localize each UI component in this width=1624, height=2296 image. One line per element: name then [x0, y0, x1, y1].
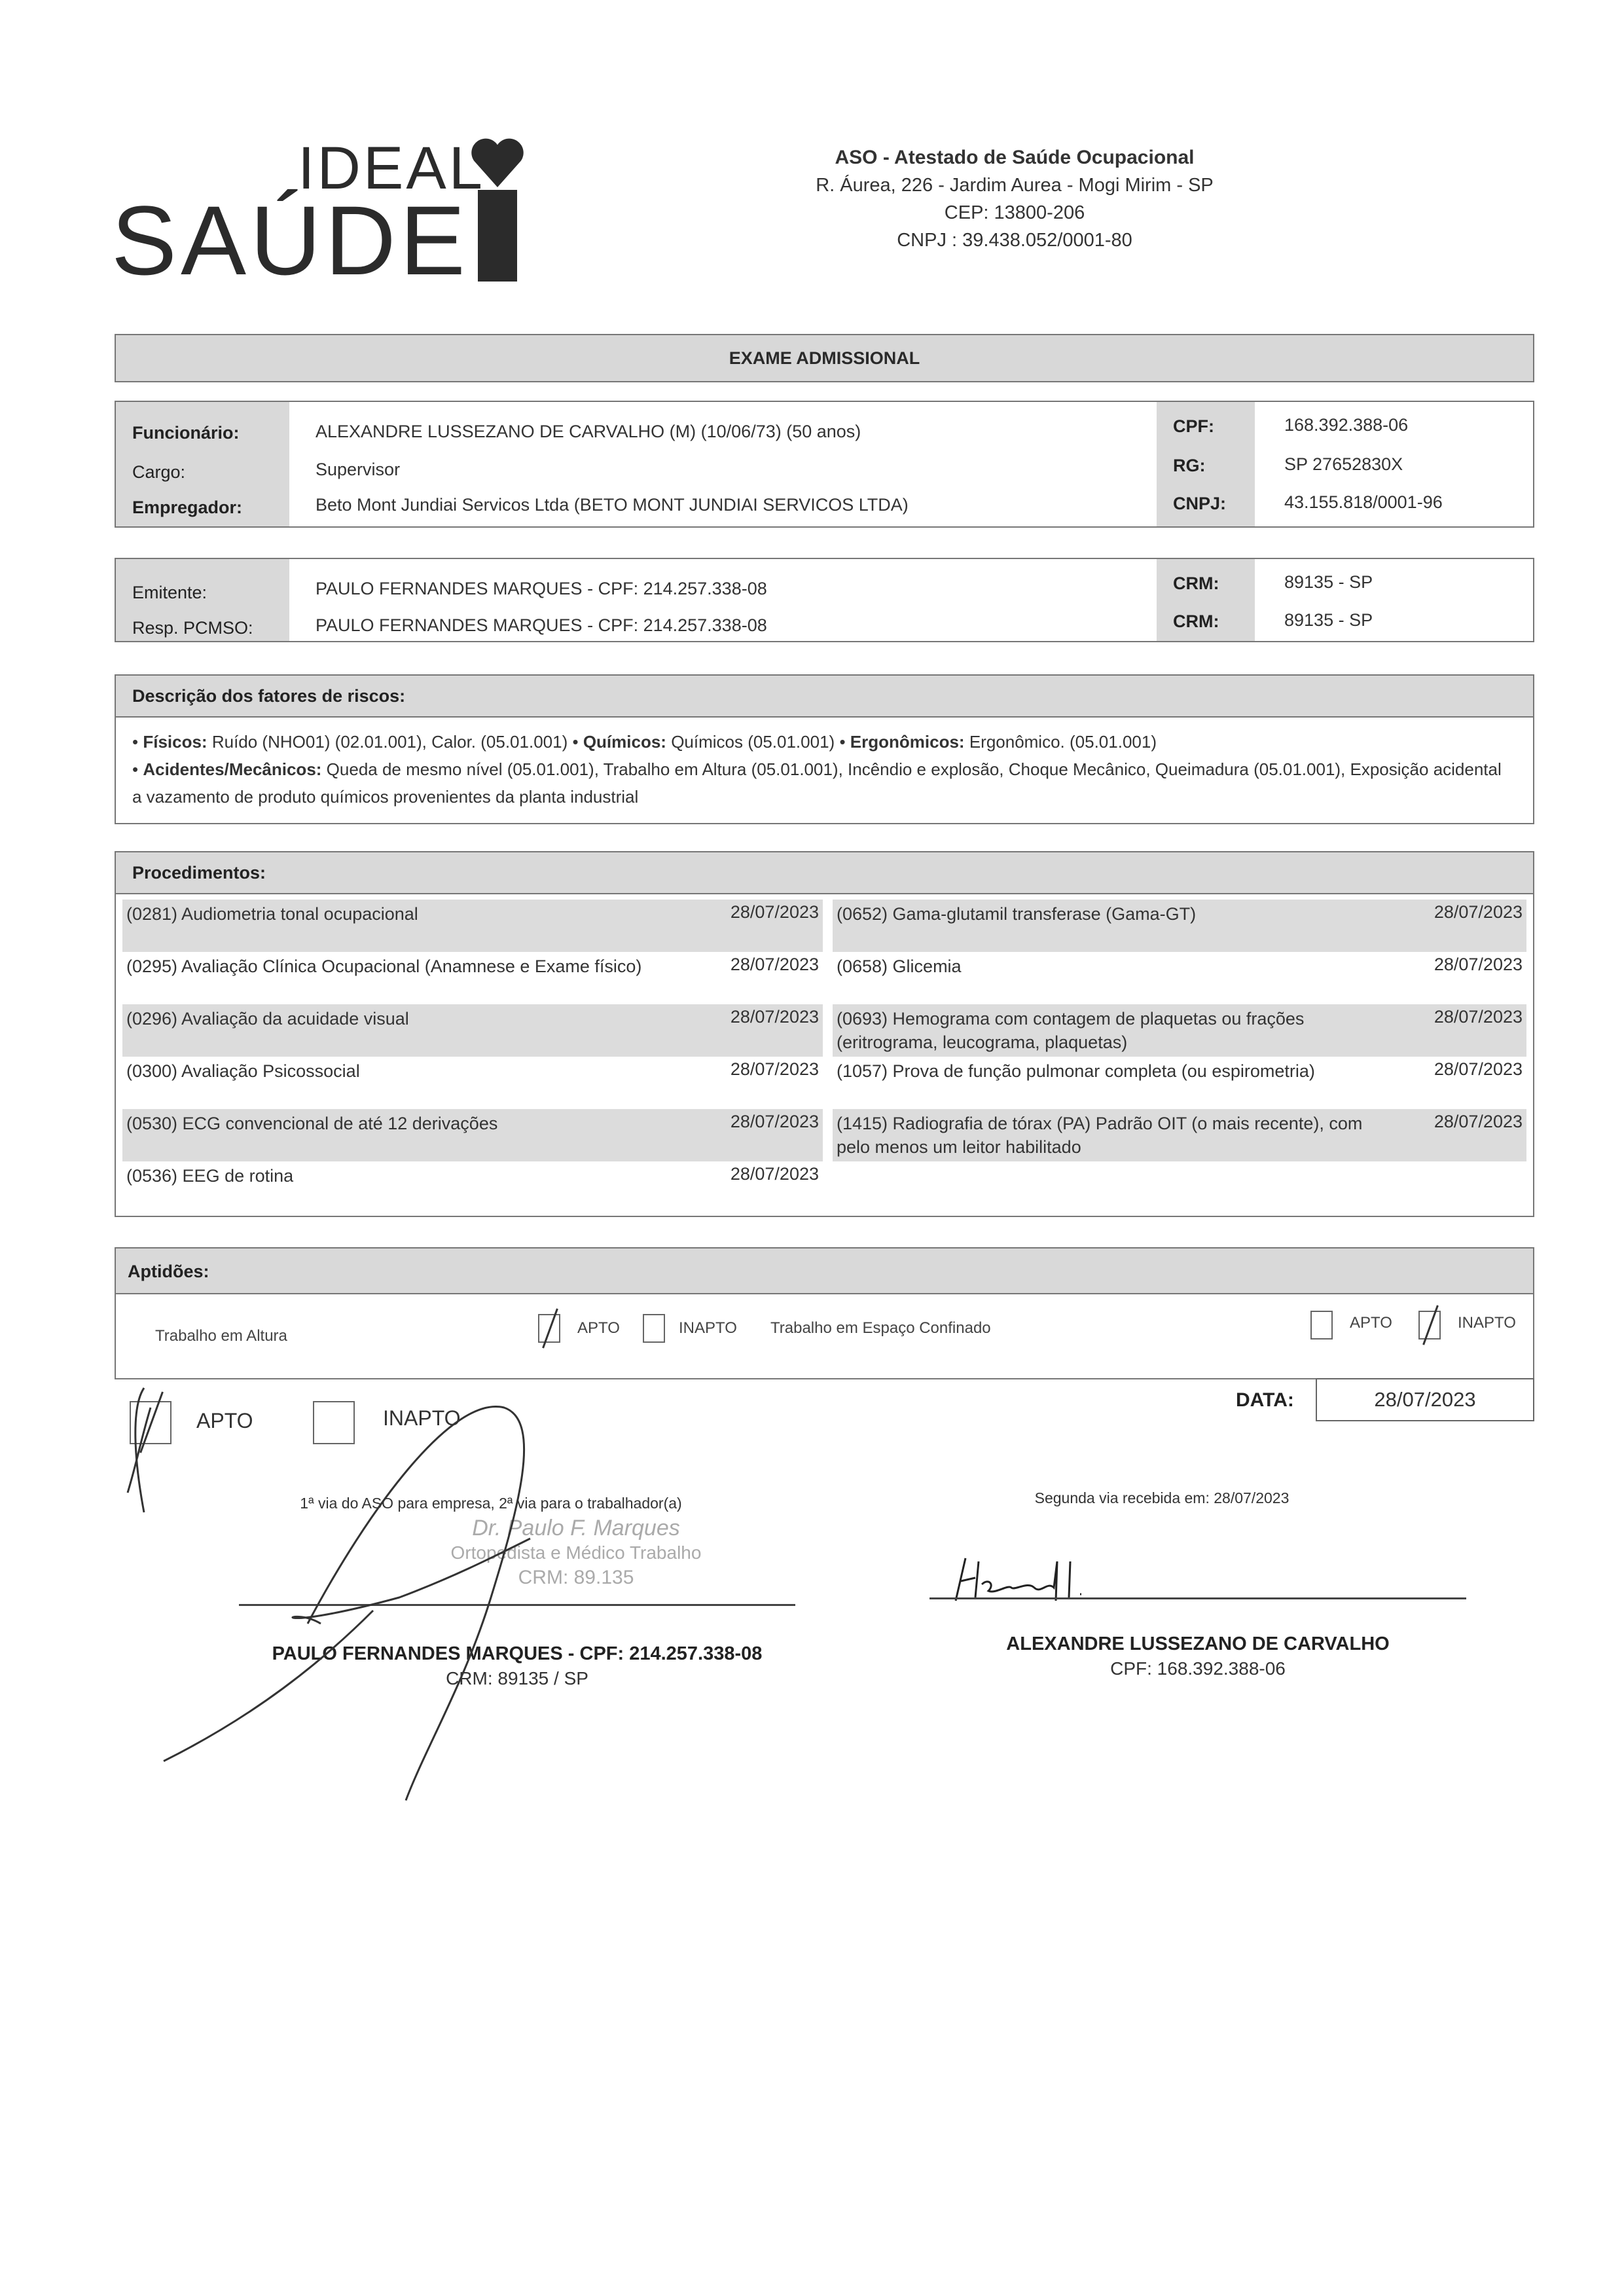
procedure-name: (0296) Avaliação da acuidade visual	[126, 1007, 666, 1030]
funcionario-label: Funcionário:	[132, 423, 240, 443]
emitente-value: PAULO FERNANDES MARQUES - CPF: 214.257.3…	[316, 579, 767, 599]
risk-factors-text: • Físicos: Ruído (NHO01) (02.01.001), Ca…	[132, 728, 1513, 811]
risk-factors-section: Descrição dos fatores de riscos: • Físic…	[115, 674, 1534, 824]
logo-i-bar	[478, 190, 517, 282]
crm1-value: 89135 - SP	[1284, 572, 1373, 592]
fisicos-text: Ruído (NHO01) (02.01.001), Calor. (05.01…	[212, 732, 568, 752]
quimicos-text: Químicos (05.01.001)	[671, 732, 835, 752]
clinic-cep: CEP: 13800-206	[753, 199, 1276, 227]
cnpj-value: 43.155.818/0001-96	[1284, 492, 1443, 513]
procedure-date: 28/07/2023	[1434, 1112, 1523, 1132]
aptidao-altura-inapto-label: INAPTO	[679, 1319, 737, 1338]
crm2-value: 89135 - SP	[1284, 610, 1373, 630]
aptidao-confinado-apto-checkbox[interactable]	[1310, 1311, 1333, 1339]
aptidoes-header: Aptidões:	[116, 1248, 1533, 1294]
worker-cpf: CPF: 168.392.388-06	[929, 1658, 1466, 1679]
procedures-section: Procedimentos: (0281) Audiometria tonal …	[115, 851, 1534, 1217]
cpf-value: 168.392.388-06	[1284, 415, 1408, 435]
risk-line-1: • Físicos: Ruído (NHO01) (02.01.001), Ca…	[132, 728, 1513, 756]
worker-signature-line	[929, 1597, 1466, 1599]
cnpj-label: CNPJ:	[1173, 494, 1226, 514]
procedures-left-column: (0281) Audiometria tonal ocupacional28/0…	[122, 900, 823, 1214]
procedure-date: 28/07/2023	[731, 1059, 819, 1080]
aptidao-confinado-apto-label: APTO	[1350, 1314, 1392, 1332]
document-title: ASO - Atestado de Saúde Ocupacional	[753, 144, 1276, 172]
procedure-row: (0281) Audiometria tonal ocupacional28/0…	[122, 900, 823, 952]
doctors-section: Emitente: PAULO FERNANDES MARQUES - CPF:…	[115, 558, 1534, 642]
aptidao-altura-apto-label: APTO	[577, 1319, 620, 1338]
empregador-value: Beto Mont Jundiai Servicos Ltda (BETO MO…	[316, 495, 909, 515]
procedure-row: (0296) Avaliação da acuidade visual28/07…	[122, 1004, 823, 1057]
aptidao-altura-apto-checkbox[interactable]	[538, 1314, 560, 1343]
aptidao-confinado-inapto-checkbox[interactable]	[1418, 1311, 1441, 1339]
risk-line-2: • Acidentes/Mecânicos: Queda de mesmo ní…	[132, 756, 1513, 811]
procedure-date: 28/07/2023	[1434, 955, 1523, 975]
procedure-date: 28/07/2023	[731, 1007, 819, 1027]
resp-pcmso-label: Resp. PCMSO:	[132, 618, 253, 638]
clinic-cnpj: CNPJ : 39.438.052/0001-80	[753, 227, 1276, 254]
data-field[interactable]: 28/07/2023	[1316, 1378, 1534, 1421]
procedure-row: (0536) EEG de rotina28/07/2023	[122, 1161, 823, 1214]
procedure-date: 28/07/2023	[731, 902, 819, 922]
empregador-label: Empregador:	[132, 498, 242, 518]
exam-type-bar: EXAME ADMISSIONAL	[115, 334, 1534, 382]
procedure-row: (1057) Prova de função pulmonar completa…	[833, 1057, 1526, 1109]
procedure-name: (0652) Gama-glutamil transferase (Gama-G…	[837, 902, 1371, 926]
worker-name: ALEXANDRE LUSSEZANO DE CARVALHO	[929, 1633, 1466, 1655]
crm2-label: CRM:	[1173, 611, 1219, 632]
employee-section: Funcionário: ALEXANDRE LUSSEZANO DE CARV…	[115, 401, 1534, 528]
crm1-label: CRM:	[1173, 574, 1219, 594]
procedure-name: (0536) EEG de rotina	[126, 1164, 666, 1188]
aptidoes-title: Aptidões:	[128, 1262, 209, 1282]
acidentes-label: Acidentes/Mecânicos:	[143, 759, 321, 779]
procedures-title: Procedimentos:	[132, 863, 266, 883]
procedures-right-column: (0652) Gama-glutamil transferase (Gama-G…	[833, 900, 1526, 1161]
clinic-header: ASO - Atestado de Saúde Ocupacional R. Á…	[753, 144, 1276, 254]
procedure-row: (0530) ECG convencional de até 12 deriva…	[122, 1109, 823, 1161]
procedure-row: (0652) Gama-glutamil transferase (Gama-G…	[833, 900, 1526, 952]
aptidoes-section: Aptidões: Trabalho em Altura APTO INAPTO…	[115, 1247, 1534, 1379]
checkmark-icon	[542, 1308, 558, 1348]
clinic-address: R. Áurea, 226 - Jardim Aurea - Mogi Miri…	[753, 172, 1276, 199]
quimicos-label: Químicos:	[583, 732, 666, 752]
procedure-name: (1057) Prova de função pulmonar completa…	[837, 1059, 1371, 1083]
cargo-label: Cargo:	[132, 462, 185, 483]
procedures-header: Procedimentos:	[116, 852, 1533, 894]
fisicos-label: Físicos:	[143, 732, 207, 752]
procedure-date: 28/07/2023	[1434, 1059, 1523, 1080]
procedure-name: (0295) Avaliação Clínica Ocupacional (An…	[126, 955, 666, 978]
procedure-name: (0300) Avaliação Psicossocial	[126, 1059, 666, 1083]
procedure-date: 28/07/2023	[1434, 902, 1523, 922]
procedure-name: (1415) Radiografia de tórax (PA) Padrão …	[837, 1112, 1371, 1159]
procedure-row: (0295) Avaliação Clínica Ocupacional (An…	[122, 952, 823, 1004]
procedure-date: 28/07/2023	[1434, 1007, 1523, 1027]
funcionario-value: ALEXANDRE LUSSEZANO DE CARVALHO (M) (10/…	[316, 422, 861, 442]
aptidao-confinado-inapto-label: INAPTO	[1458, 1314, 1516, 1332]
aptidao-altura-inapto-checkbox[interactable]	[643, 1314, 665, 1343]
logo-saude-text: SAÚDE	[111, 191, 469, 289]
procedure-date: 28/07/2023	[731, 1112, 819, 1132]
ergonomicos-text: Ergonômico. (05.01.001)	[969, 732, 1157, 752]
cargo-value: Supervisor	[316, 460, 400, 480]
data-label: DATA:	[1236, 1389, 1294, 1412]
acidentes-text: Queda de mesmo nível (05.01.001), Trabal…	[132, 759, 1502, 807]
aptidao-altura-label: Trabalho em Altura	[155, 1327, 287, 1345]
heart-icon	[468, 134, 527, 193]
doctor-signature-icon	[124, 1381, 713, 1807]
second-copy-note: Segunda via recebida em: 28/07/2023	[949, 1489, 1375, 1507]
procedure-name: (0530) ECG convencional de até 12 deriva…	[126, 1112, 666, 1135]
ergonomicos-label: Ergonômicos:	[850, 732, 965, 752]
procedure-name: (0693) Hemograma com contagem de plaquet…	[837, 1007, 1371, 1054]
procedure-row: (0300) Avaliação Psicossocial28/07/2023	[122, 1057, 823, 1109]
procedure-row: (0658) Glicemia28/07/2023	[833, 952, 1526, 1004]
resp-pcmso-value: PAULO FERNANDES MARQUES - CPF: 214.257.3…	[316, 615, 767, 636]
procedure-name: (0658) Glicemia	[837, 955, 1371, 978]
procedure-row: (1415) Radiografia de tórax (PA) Padrão …	[833, 1109, 1526, 1161]
rg-label: RG:	[1173, 456, 1206, 476]
worker-signature-icon	[949, 1555, 1146, 1604]
procedure-row: (0693) Hemograma com contagem de plaquet…	[833, 1004, 1526, 1057]
risk-factors-title: Descrição dos fatores de riscos:	[132, 686, 405, 706]
procedure-date: 28/07/2023	[731, 955, 819, 975]
procedure-name: (0281) Audiometria tonal ocupacional	[126, 902, 666, 926]
rg-value: SP 27652830X	[1284, 454, 1403, 475]
checkmark-icon	[1422, 1305, 1439, 1345]
risk-factors-header: Descrição dos fatores de riscos:	[116, 676, 1533, 718]
procedure-date: 28/07/2023	[731, 1164, 819, 1184]
aptidao-confinado-label: Trabalho em Espaço Confinado	[770, 1319, 991, 1338]
cpf-label: CPF:	[1173, 416, 1214, 437]
emitente-label: Emitente:	[132, 583, 207, 603]
